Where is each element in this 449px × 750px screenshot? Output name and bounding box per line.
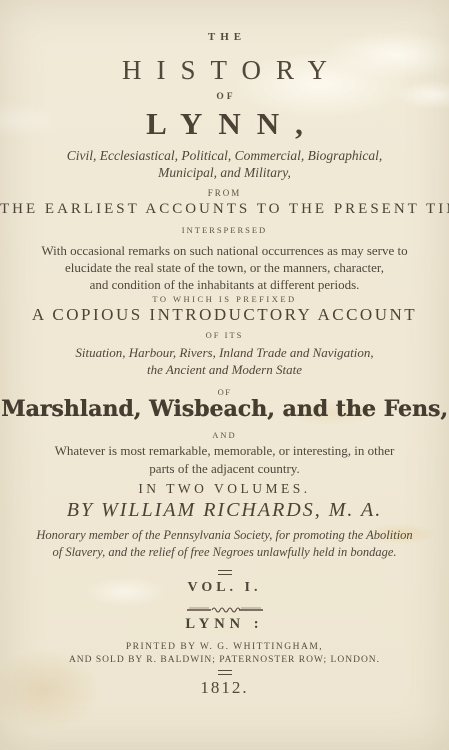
imprint-seller: AND SOLD BY R. BALDWIN; PATERNOSTER ROW;… — [0, 655, 449, 665]
regions-blackletter: Marshland, Wisbeach, and the Fens, — [0, 396, 449, 422]
author-line: BY WILLIAM RICHARDS, M. A. — [0, 499, 449, 522]
article-the: THE — [0, 31, 449, 43]
addendum-line-1: Whatever is most remarkable, memorable, … — [0, 443, 449, 459]
volumes-note: IN TWO VOLUMES. — [0, 481, 449, 497]
imprint-printer: PRINTED BY W. G. WHITTINGHAM, — [0, 642, 449, 652]
book-title-page: THE HISTORY OF LYNN, Civil, Ecclesiastic… — [0, 0, 449, 750]
of-its-words: OF ITS — [0, 330, 449, 340]
remarks-line-1: With occasional remarks on such national… — [0, 243, 449, 259]
remarks-line-3: and condition of the inhabitants at diff… — [0, 277, 449, 293]
double-rule-ornament — [218, 570, 232, 575]
of-word-upper: OF — [0, 92, 449, 102]
scope-line-2: Municipal, and Military, — [0, 165, 449, 181]
scope-line-1: Civil, Ecclesiastical, Political, Commer… — [0, 148, 449, 164]
features-line-1: Situation, Harbour, Rivers, Inland Trade… — [0, 345, 449, 361]
double-rule-ornament — [218, 670, 232, 675]
volume-label: VOL. I. — [0, 580, 449, 596]
and-word: AND — [0, 430, 449, 440]
imprint-year: 1812. — [0, 678, 449, 698]
prefixed-note: TO WHICH IS PREFIXED — [0, 294, 449, 304]
addendum-line-2: parts of the adjacent country. — [0, 461, 449, 477]
time-span-line: THE EARLIEST ACCOUNTS TO THE PRESENT TIM… — [0, 201, 449, 218]
remarks-line-2: elucidate the real state of the town, or… — [0, 260, 449, 276]
imprint-city: LYNN : — [0, 616, 449, 633]
account-title: A COPIOUS INTRODUCTORY ACCOUNT — [0, 305, 449, 325]
place-title: LYNN, — [0, 106, 449, 142]
main-title: HISTORY — [0, 55, 449, 86]
interspersed-word: INTERSPERSED — [0, 225, 449, 235]
features-line-2: the Ancient and Modern State — [0, 362, 449, 378]
author-note-line-2: of Slavery, and the relief of free Negro… — [0, 545, 449, 560]
author-note-line-1: Honorary member of the Pennsylvania Soci… — [0, 528, 449, 543]
from-word: FROM — [0, 188, 449, 198]
